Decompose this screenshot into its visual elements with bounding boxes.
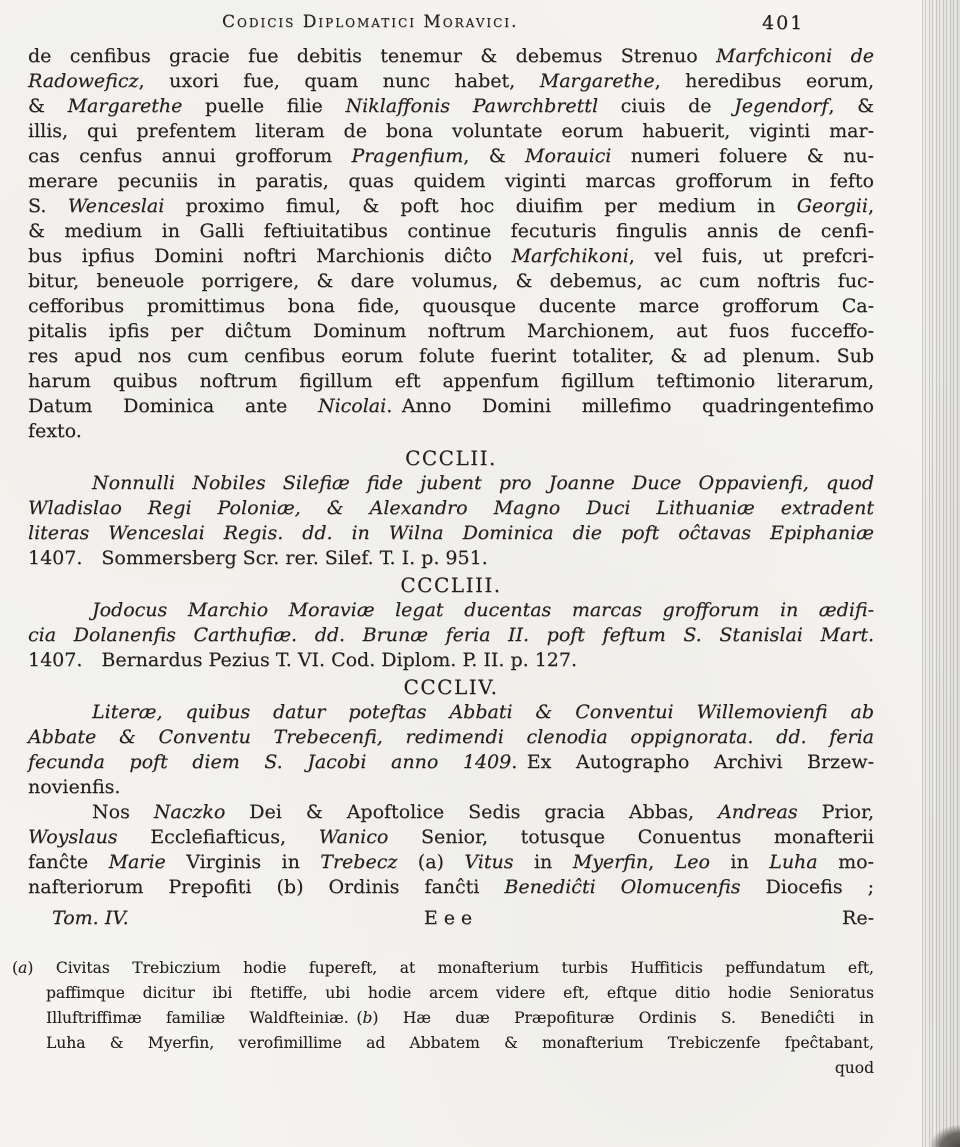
text-line: paffimque dicitur ibi ftetiffe, ubi hodi… <box>12 981 874 1006</box>
page-number: 401 <box>762 12 804 34</box>
text-line: bitur, beneuole porrigere, & dare volumu… <box>28 269 874 294</box>
text-line: Wladislao Regi Poloniæ, & Alexandro Magn… <box>28 496 874 521</box>
text-line: cia Dolanenfis Carthufiæ. dd. Brunæ feri… <box>28 623 874 648</box>
text-line: illis, qui prefentem literam de bona vol… <box>28 119 874 144</box>
text-line: pitalis ipfis per diĉtum Dominum noftrum… <box>28 319 874 344</box>
text-line: 1407. Sommersberg Scr. rer. Silef. T. I.… <box>28 546 874 571</box>
text-line: Abbate & Conventu Trebecenfi, redimendi … <box>28 725 874 750</box>
gathering-mark: Eee <box>424 906 478 931</box>
text-line: fexto. <box>28 419 874 444</box>
text-line: nafteriorum Prepofiti (b) Ordinis fanĉti… <box>28 875 874 900</box>
text-line: quod <box>12 1056 874 1081</box>
section-summary-ccclii: Nonnulli Nobiles Silefiæ fide jubent pro… <box>28 471 874 571</box>
text-line: literas Wenceslai Regis. dd. in Wilna Do… <box>28 521 874 546</box>
catchword: Re- <box>842 906 874 931</box>
text-line: Radoweficz, uxori fue, quam nunc habet, … <box>28 69 874 94</box>
section-heading-cccliv: CCCLIV. <box>28 676 874 698</box>
text-line: & Margarethe puelle filie Niklaffonis Pa… <box>28 94 874 119</box>
section-heading-cccliii: CCCLIII. <box>28 574 874 596</box>
text-line: fanĉte Marie Virginis in Trebecz (a) Vit… <box>28 850 874 875</box>
text-line: Luha & Myerfin, verofimillime ad Abbatem… <box>12 1031 874 1056</box>
text-line: (a) Civitas Trebiczium hodie fupereft, a… <box>12 956 874 981</box>
text-line: merare pecuniis in paratis, quas quidem … <box>28 169 874 194</box>
text-line: Woyslaus Ecclefiafticus, Wanico Senior, … <box>28 825 874 850</box>
section-summary-cccliii: Jodocus Marchio Moraviæ legat ducentas m… <box>28 598 874 673</box>
text-line: Jodocus Marchio Moraviæ legat ducentas m… <box>28 598 874 623</box>
text-line: Datum Dominica ante Nicolai. Anno Domini… <box>28 394 874 419</box>
text-line: res apud nos cum cenfibus eorum folute f… <box>28 344 874 369</box>
signature-row: Tom. IV. Eee Re- <box>28 906 874 932</box>
volume-label: Tom. IV. <box>52 906 129 931</box>
text-line: harum quibus noftrum figillum eft appenf… <box>28 369 874 394</box>
charter-paragraph-2: Nos Naczko Dei & Apoftolice Sedis gracia… <box>28 800 874 900</box>
text-line: bus ipfius Domini noftri Marchionis diĉt… <box>28 244 874 269</box>
scan-artifact-corner-shadow <box>930 1125 960 1147</box>
text-line: fecunda poft diem S. Jacobi anno 1409. E… <box>28 750 874 775</box>
scan-artifact-page-edge <box>922 0 960 1147</box>
text-column: de cenfibus gracie fue debitis tenemur &… <box>28 44 874 932</box>
text-line: Nos Naczko Dei & Apoftolice Sedis gracia… <box>28 800 874 825</box>
scanned-book-page: Codicis Diplomatici Moravici. 401 de cen… <box>0 0 960 1147</box>
text-line: 1407. Bernardus Pezius T. VI. Cod. Diplo… <box>28 648 874 673</box>
running-title: Codicis Diplomatici Moravici. <box>222 12 518 32</box>
text-line: S. Wenceslai proximo fimul, & poft hoc d… <box>28 194 874 219</box>
text-line: cefforibus promittimus bona fide, quousq… <box>28 294 874 319</box>
text-line: & medium in Galli feftiuitatibus continu… <box>28 219 874 244</box>
footnotes: (a) Civitas Trebiczium hodie fupereft, a… <box>12 956 874 1081</box>
charter-paragraph: de cenfibus gracie fue debitis tenemur &… <box>28 44 874 444</box>
text-line: de cenfibus gracie fue debitis tenemur &… <box>28 44 874 69</box>
text-line: novienfis. <box>28 775 874 800</box>
text-line: Literæ, quibus datur poteftas Abbati & C… <box>28 700 874 725</box>
text-line: Illuftriffimæ familiæ Waldfteiniæ. (b) H… <box>12 1006 874 1031</box>
text-line: cas cenfus annui grofforum Pragenfium, &… <box>28 144 874 169</box>
section-summary-cccliv: Literæ, quibus datur poteftas Abbati & C… <box>28 700 874 800</box>
section-heading-ccclii: CCCLII. <box>28 447 874 469</box>
text-line: Nonnulli Nobiles Silefiæ fide jubent pro… <box>28 471 874 496</box>
